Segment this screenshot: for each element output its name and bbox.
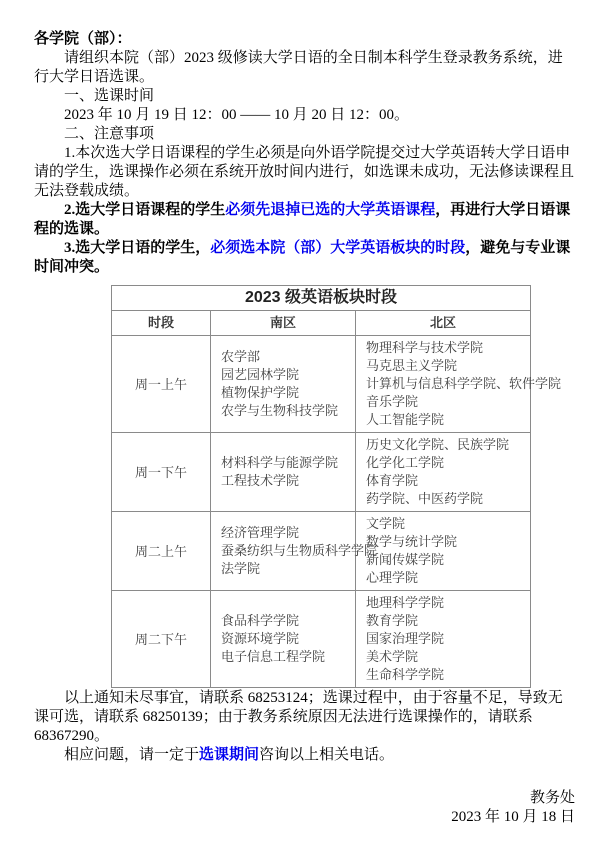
note-item-3-emphasis: 必须选本院（部）大学英语板块的时段 (210, 240, 465, 256)
notice-document: 各学院（部）： 请组织本院（部）2023 级修读大学日语的全日制本科学生登录教务… (0, 0, 609, 847)
period-cell: 周二上午 (112, 512, 211, 591)
college-name: 工程技术学院 (221, 472, 351, 490)
south-colleges-cell: 农学部园艺园林学院植物保护学院农学与生物科技学院 (211, 336, 356, 433)
note-item-3: 3.选大学日语的学生，必须选本院（部）大学英语板块的时段，避免与专业课时间冲突。 (34, 239, 575, 277)
college-name: 药学院、中医药学院 (366, 490, 526, 508)
college-name: 化学化工学院 (366, 454, 526, 472)
column-header-north: 北区 (356, 311, 531, 336)
column-header-period: 时段 (112, 311, 211, 336)
signature-block: 教务处 2023 年 10 月 18 日 (34, 789, 575, 827)
period-cell: 周一下午 (112, 433, 211, 512)
note-item-2-pre: 2.选大学日语课程的学生 (64, 202, 225, 218)
reminder-post: 咨询以上相关电话。 (259, 747, 394, 763)
college-name: 人工智能学院 (366, 411, 526, 429)
college-name: 资源环境学院 (221, 630, 351, 648)
college-name: 国家治理学院 (366, 630, 526, 648)
college-name: 新闻传媒学院 (366, 551, 526, 569)
college-name: 材料科学与能源学院 (221, 454, 351, 472)
note-item-3-pre: 3.选大学日语的学生， (64, 240, 210, 256)
college-name: 计算机与信息科学学院、软件学院 (366, 375, 526, 393)
reminder-emphasis: 选课期间 (199, 747, 259, 763)
south-colleges-cell: 食品科学学院资源环境学院电子信息工程学院 (211, 591, 356, 688)
college-name: 马克思主义学院 (366, 357, 526, 375)
college-name: 食品科学学院 (221, 612, 351, 630)
college-name: 物理科学与技术学院 (366, 339, 526, 357)
college-name: 体育学院 (366, 472, 526, 490)
table-row: 周二上午经济管理学院蚕桑纺织与生物质科学学院法学院文学院数学与统计学院新闻传媒学… (112, 512, 531, 591)
table-row: 周一下午材料科学与能源学院工程技术学院历史文化学院、民族学院化学化工学院体育学院… (112, 433, 531, 512)
intro-paragraph: 请组织本院（部）2023 级修读大学日语的全日制本科学生登录教务系统，进行大学日… (34, 49, 575, 87)
table-row: 周二下午食品科学学院资源环境学院电子信息工程学院地理科学学院教育学院国家治理学院… (112, 591, 531, 688)
section-2-heading: 二、注意事项 (34, 125, 575, 144)
college-name: 经济管理学院 (221, 524, 351, 542)
signature-date: 2023 年 10 月 18 日 (34, 808, 575, 827)
note-item-2-emphasis: 必须先退掉已选的大学英语课程 (225, 202, 435, 218)
table-title: 2023 级英语板块时段 (112, 286, 531, 311)
table-header-row: 时段 南区 北区 (112, 311, 531, 336)
college-name: 蚕桑纺织与生物质科学学院 (221, 542, 351, 560)
north-colleges-cell: 文学院数学与统计学院新闻传媒学院心理学院 (356, 512, 531, 591)
footer-block: 以上通知未尽事宜，请联系 68253124；选课过程中，由于容量不足，导致无课可… (34, 689, 575, 765)
contact-paragraph: 以上通知未尽事宜，请联系 68253124；选课过程中，由于容量不足，导致无课可… (34, 689, 575, 746)
reminder-paragraph: 相应问题，请一定于选课期间咨询以上相关电话。 (34, 746, 575, 765)
college-name: 农学部 (221, 348, 351, 366)
college-name: 法学院 (221, 560, 351, 578)
selection-time-line: 2023 年 10 月 19 日 12：00 —— 10 月 20 日 12：0… (34, 106, 575, 125)
section-1-heading: 一、选课时间 (34, 87, 575, 106)
college-name: 地理科学学院 (366, 594, 526, 612)
reminder-pre: 相应问题，请一定于 (64, 747, 199, 763)
college-name: 音乐学院 (366, 393, 526, 411)
college-name: 园艺园林学院 (221, 366, 351, 384)
note-item-1: 1.本次选大学日语课程的学生必须是向外语学院提交过大学英语转大学日语申请的学生，… (34, 144, 575, 201)
table-title-row: 2023 级英语板块时段 (112, 286, 531, 311)
college-name: 文学院 (366, 515, 526, 533)
college-name: 植物保护学院 (221, 384, 351, 402)
college-name: 数学与统计学院 (366, 533, 526, 551)
college-name: 农学与生物科技学院 (221, 402, 351, 420)
salutation: 各学院（部）： (34, 30, 575, 49)
south-colleges-cell: 材料科学与能源学院工程技术学院 (211, 433, 356, 512)
college-name: 心理学院 (366, 569, 526, 587)
period-cell: 周二下午 (112, 591, 211, 688)
college-name: 电子信息工程学院 (221, 648, 351, 666)
period-cell: 周一上午 (112, 336, 211, 433)
north-colleges-cell: 地理科学学院教育学院国家治理学院美术学院生命科学学院 (356, 591, 531, 688)
north-colleges-cell: 物理科学与技术学院马克思主义学院计算机与信息科学学院、软件学院音乐学院人工智能学… (356, 336, 531, 433)
signer-name: 教务处 (34, 789, 575, 808)
south-colleges-cell: 经济管理学院蚕桑纺织与生物质科学学院法学院 (211, 512, 356, 591)
college-name: 生命科学学院 (366, 666, 526, 684)
schedule-table-body: 周一上午农学部园艺园林学院植物保护学院农学与生物科技学院物理科学与技术学院马克思… (112, 336, 531, 688)
north-colleges-cell: 历史文化学院、民族学院化学化工学院体育学院药学院、中医药学院 (356, 433, 531, 512)
college-name: 教育学院 (366, 612, 526, 630)
table-row: 周一上午农学部园艺园林学院植物保护学院农学与生物科技学院物理科学与技术学院马克思… (112, 336, 531, 433)
college-name: 美术学院 (366, 648, 526, 666)
column-header-south: 南区 (211, 311, 356, 336)
schedule-table: 2023 级英语板块时段 时段 南区 北区 周一上午农学部园艺园林学院植物保护学… (111, 285, 531, 688)
college-name: 历史文化学院、民族学院 (366, 436, 526, 454)
note-item-2: 2.选大学日语课程的学生必须先退掉已选的大学英语课程，再进行大学日语课程的选课。 (34, 201, 575, 239)
